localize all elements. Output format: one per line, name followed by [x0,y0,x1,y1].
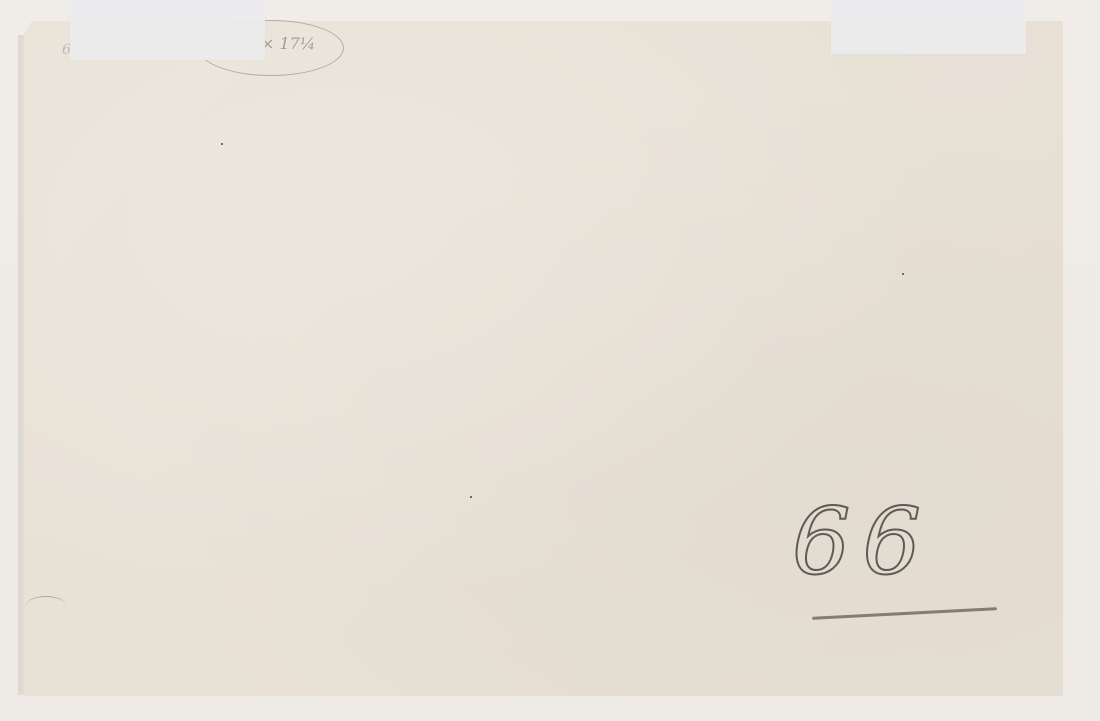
paper-crease [26,596,66,615]
inventory-number: 66 [792,488,933,595]
tape-strip-right [831,0,1026,54]
pencil-dimensions-circled: × 17¼ [261,34,315,53]
tape-strip-left [70,0,265,60]
paper-speck [470,496,472,498]
paper-speck [902,273,904,275]
paper-speck [221,143,223,145]
